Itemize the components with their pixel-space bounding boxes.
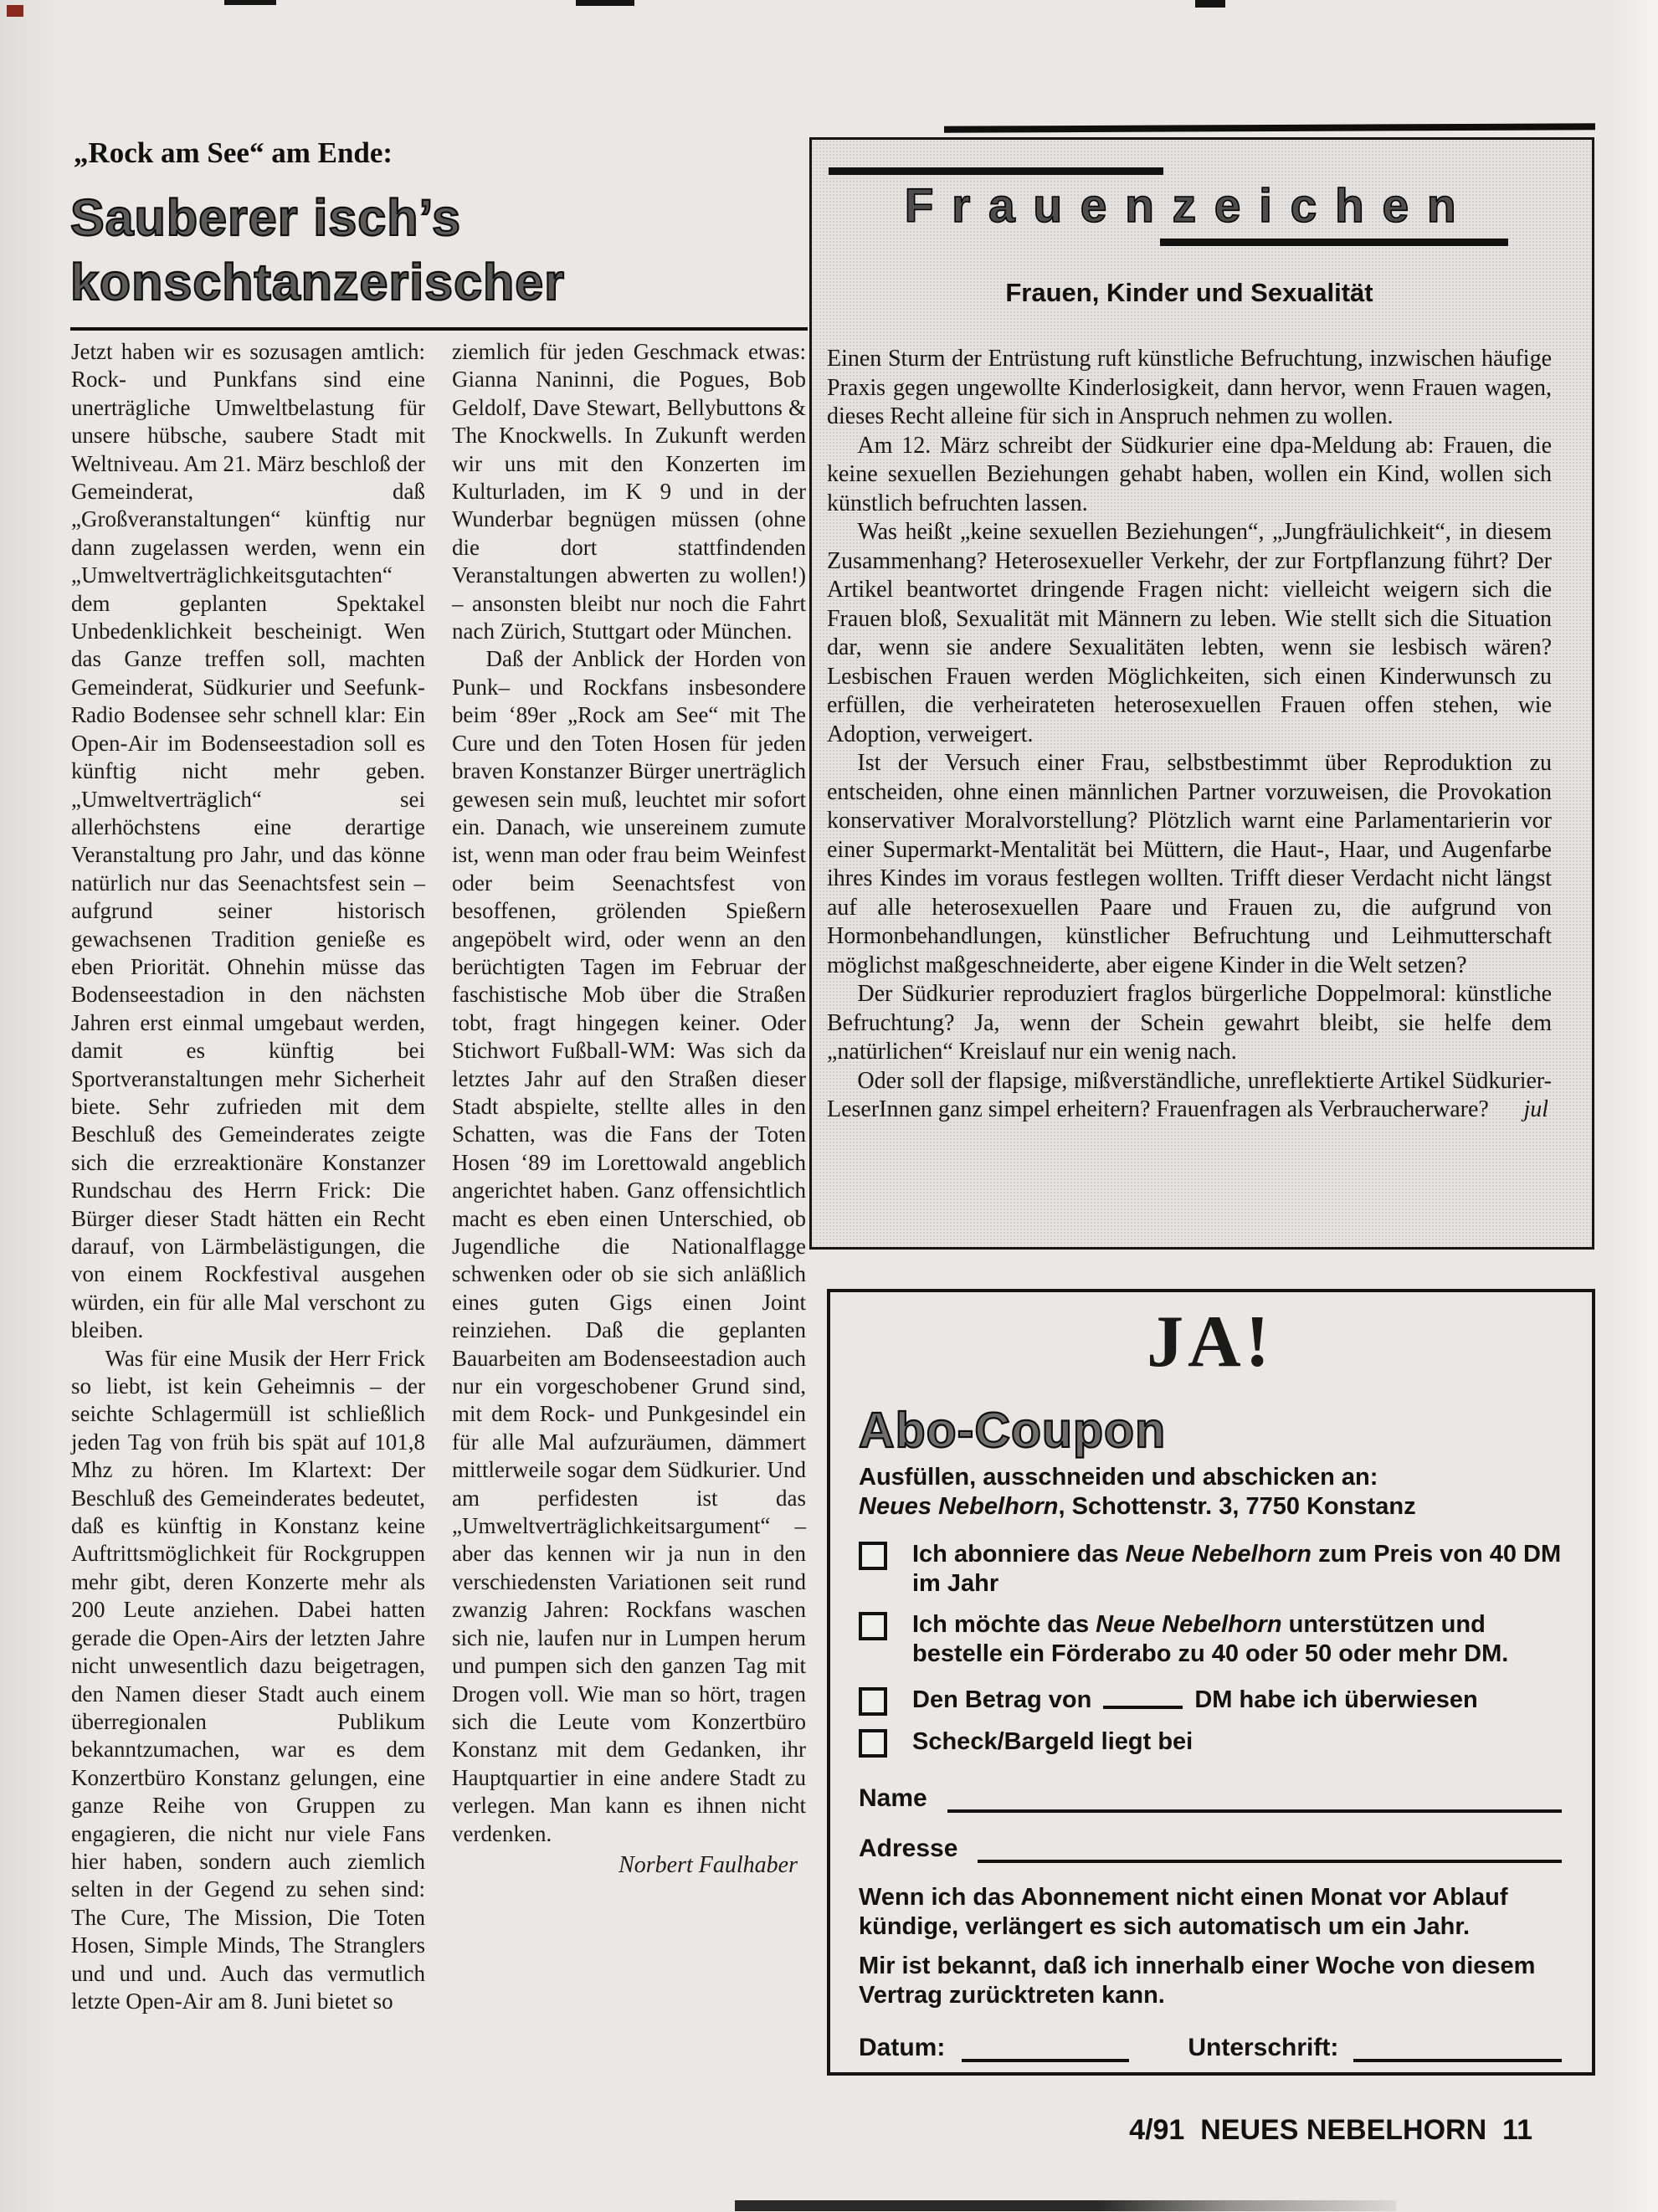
scan-mark-top-2 bbox=[576, 0, 634, 6]
headline-line-2: konschtanzerischer bbox=[70, 250, 807, 315]
frauenzeichen-paragraph: Ist der Versuch einer Frau, selbstbestim… bbox=[827, 749, 1552, 980]
frauenzeichen-title-rule-right bbox=[1160, 239, 1508, 246]
article-headline: Sauberer isch’s konschtanzerischer bbox=[70, 186, 807, 315]
article-paragraph: Jetzt haben wir es sozusagen amtlich: Ro… bbox=[71, 338, 425, 1345]
checkbox-support[interactable] bbox=[859, 1612, 887, 1640]
article-column-1: Jetzt haben wir es sozusagen amtlich: Ro… bbox=[71, 338, 425, 2015]
label-text: Den Betrag von bbox=[912, 1686, 1091, 1713]
coupon-address-rest: , Schottenstr. 3, 7750 Konstanz bbox=[1059, 1493, 1416, 1520]
label-text: Ich möchte das bbox=[912, 1611, 1096, 1638]
frauenzeichen-top-rule bbox=[944, 123, 1595, 132]
coupon-terms-withdrawal: Mir ist bekannt, daß ich innerhalb einer… bbox=[859, 1952, 1562, 2010]
frauenzeichen-author-signature: jul bbox=[1493, 1096, 1552, 1125]
abo-coupon-box: JA! Abo-Coupon Ausfüllen, ausschneiden u… bbox=[827, 1289, 1595, 2076]
article-paragraph: ziemlich für jeden Geschmack etwas: Gian… bbox=[452, 338, 806, 645]
headline-line-1: Sauberer isch’s bbox=[70, 186, 807, 250]
amount-blank-field[interactable] bbox=[1103, 1706, 1183, 1709]
checkbox-support-label: Ich möchte das Neue Nebelhorn unterstütz… bbox=[912, 1610, 1562, 1669]
article-paragraph: Daß der Anblick der Horden von Punk– und… bbox=[452, 645, 806, 1847]
frauenzeichen-paragraph: Der Südkurier reproduziert fraglos bürge… bbox=[827, 980, 1552, 1067]
frauenzeichen-paragraph: Am 12. März schreibt der Südkurier eine … bbox=[827, 432, 1552, 519]
frauenzeichen-paragraph: Oder soll der flapsige, mißverständliche… bbox=[827, 1067, 1552, 1125]
scan-mark-red bbox=[7, 5, 23, 17]
coupon-option-subscribe[interactable]: Ich abonniere das Neue Nebelhorn zum Pre… bbox=[859, 1540, 1562, 1599]
checkbox-transfer[interactable] bbox=[859, 1687, 887, 1716]
checkbox-cash[interactable] bbox=[859, 1729, 887, 1758]
checkbox-cash-label: Scheck/Bargeld liegt bei bbox=[912, 1727, 1193, 1758]
scan-smear-bottom bbox=[735, 2200, 1396, 2211]
frauenzeichen-paragraph: Was heißt „keine sexuellen Beziehungen“,… bbox=[827, 518, 1552, 749]
scan-mark-top-3 bbox=[1195, 0, 1225, 8]
coupon-address: Neues Nebelhorn, Schottenstr. 3, 7750 Ko… bbox=[859, 1492, 1562, 1522]
frauenzeichen-paragraph: Einen Sturm der Entrüstung ruft künstlic… bbox=[827, 345, 1552, 432]
frauenzeichen-title: Frauenzeichen bbox=[827, 178, 1552, 234]
name-label: Name bbox=[859, 1784, 927, 1813]
coupon-terms-renewal: Wenn ich das Abonnement nicht einen Mona… bbox=[859, 1883, 1562, 1942]
signature-label: Unterschrift: bbox=[1188, 2034, 1338, 2062]
date-input-line[interactable] bbox=[962, 2030, 1129, 2062]
page-footer: 4/91 NEUES NEBELHORN 11 bbox=[1129, 2114, 1532, 2147]
coupon-yes-heading: JA! bbox=[859, 1306, 1562, 1379]
coupon-option-cash[interactable]: Scheck/Bargeld liegt bei bbox=[859, 1727, 1562, 1758]
magazine-name: Neue Nebelhorn bbox=[1126, 1541, 1312, 1568]
frauenzeichen-title-rule-left bbox=[829, 167, 1163, 175]
checkbox-subscribe-label: Ich abonniere das Neue Nebelhorn zum Pre… bbox=[912, 1540, 1562, 1599]
frauenzeichen-last-paragraph: Oder soll der flapsige, mißverständliche… bbox=[827, 1068, 1552, 1123]
coupon-option-transfer[interactable]: Den Betrag vonDM habe ich überwiesen bbox=[859, 1686, 1562, 1716]
checkbox-subscribe[interactable] bbox=[859, 1542, 887, 1570]
coupon-intro: Ausfüllen, ausschneiden und abschicken a… bbox=[859, 1463, 1562, 1492]
date-label: Datum: bbox=[859, 2034, 945, 2062]
headline-rule bbox=[70, 327, 808, 331]
checkbox-transfer-label: Den Betrag vonDM habe ich überwiesen bbox=[912, 1686, 1478, 1716]
article-paragraph: Was für eine Musik der Herr Frick so lie… bbox=[71, 1345, 425, 2016]
article-author-signature: Norbert Faulhaber bbox=[452, 1851, 806, 1879]
address-field-row: Adresse bbox=[859, 1831, 1562, 1863]
frauenzeichen-box: Frauenzeichen Frauen, Kinder und Sexuali… bbox=[809, 137, 1594, 1250]
address-input-line[interactable] bbox=[978, 1831, 1562, 1863]
address-label: Adresse bbox=[859, 1835, 957, 1863]
magazine-page: { "article": { "kicker": "„Rock am See“ … bbox=[0, 0, 1658, 2212]
signature-input-line[interactable] bbox=[1353, 2030, 1562, 2062]
coupon-title: Abo-Coupon bbox=[859, 1404, 1562, 1456]
frauenzeichen-subtitle: Frauen, Kinder und Sexualität bbox=[827, 278, 1552, 308]
label-text: DM habe ich überwiesen bbox=[1194, 1686, 1477, 1713]
article-column-2: ziemlich für jeden Geschmack etwas: Gian… bbox=[452, 338, 806, 2015]
coupon-option-support[interactable]: Ich möchte das Neue Nebelhorn unterstütz… bbox=[859, 1610, 1562, 1669]
magazine-name: Neue Nebelhorn bbox=[1096, 1611, 1281, 1638]
label-text: Scheck/Bargeld liegt bei bbox=[912, 1728, 1193, 1755]
coupon-address-magazine-name: Neues Nebelhorn bbox=[859, 1493, 1059, 1520]
name-field-row: Name bbox=[859, 1781, 1562, 1813]
frauenzeichen-body: Einen Sturm der Entrüstung ruft künstlic… bbox=[827, 345, 1552, 1125]
name-input-line[interactable] bbox=[947, 1781, 1562, 1813]
date-signature-row: Datum: Unterschrift: bbox=[859, 2030, 1562, 2062]
article-body: Jetzt haben wir es sozusagen amtlich: Ro… bbox=[71, 338, 806, 2015]
article-kicker: „Rock am See“ am Ende: bbox=[74, 136, 393, 170]
label-text: Ich abonniere das bbox=[912, 1541, 1126, 1568]
scan-mark-top-1 bbox=[224, 0, 276, 5]
